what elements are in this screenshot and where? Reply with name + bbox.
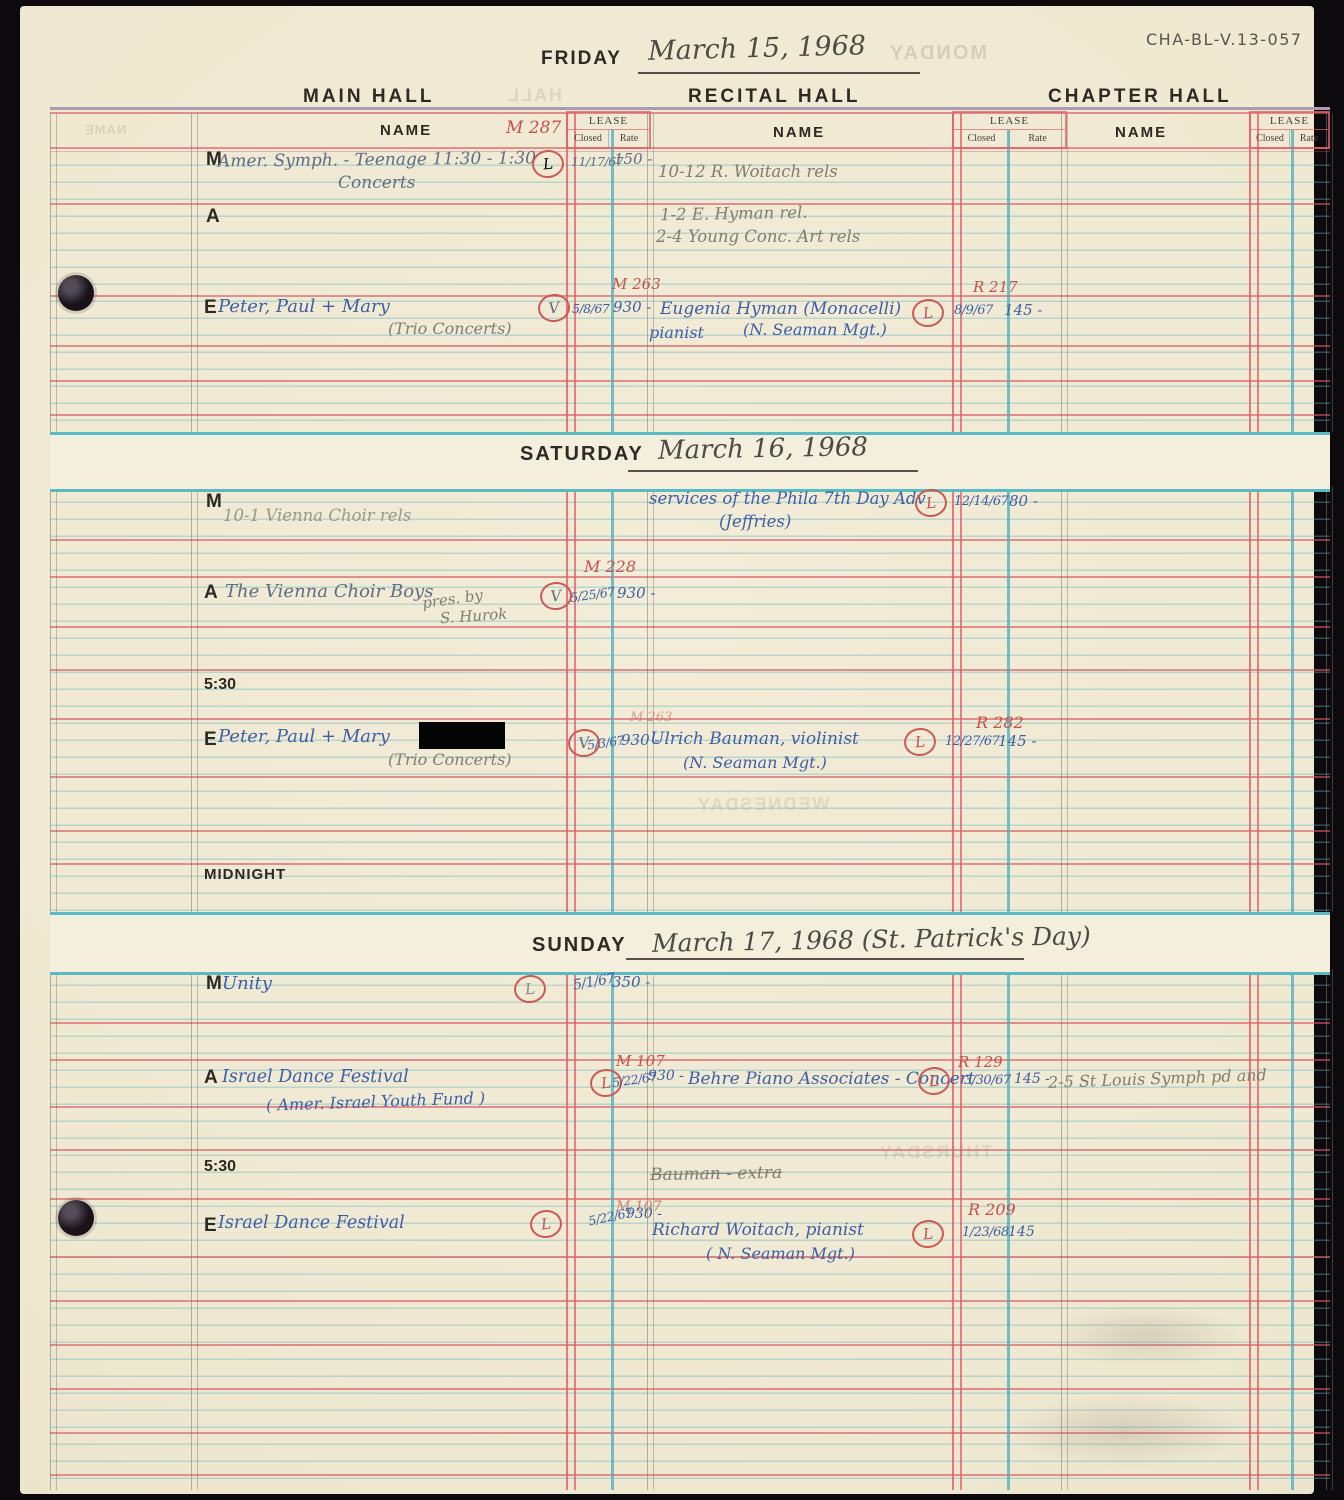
entry-fri-m-recital-note: 10-12 R. Woitach rels [658,162,838,181]
bleed-through-monday: MONDAY [888,42,987,66]
circle-letter: V [550,586,563,605]
row-label-a: A [204,1067,218,1089]
lease-box-chapter: LEASE Closed Rate [1249,111,1330,149]
bleed-through-name: NAME [84,122,126,137]
entry-sat-e-recital-code: R 282 [976,713,1024,732]
binder-hole [58,275,94,311]
circle-letter: L [928,1072,940,1091]
entry-sun-a-main-rate: 930 - [648,1068,684,1084]
entry-sat-e-main-code: M 263 [630,710,672,725]
name-header-chapter: NAME [1115,124,1167,141]
entry-sun-e-recital-sub: ( N. Seaman Mgt.) [706,1244,855,1263]
date-underline [626,958,1024,960]
ledger-code-main-header: M 287 [506,118,561,138]
circle-letter: L [524,980,536,999]
ruling-lines [50,486,1330,912]
entry-sun-m-main-title: Unity [222,973,272,994]
circle-letter: L [914,733,926,752]
circle-letter: L [542,155,554,174]
circle-letter: L [925,494,937,513]
row-label-530: 5:30 [204,1158,236,1176]
name-header-main: NAME [380,122,432,139]
entry-sat-a-main-rate: 930 - [617,584,655,602]
entry-sun-e-main-title: Israel Dance Festival [218,1213,405,1233]
day-date-friday: March 15, 1968 [648,30,867,67]
entry-fri-e-main-sub: (Trio Concerts) [388,319,512,338]
entry-fri-e-recital-sub2: (N. Seaman Mgt.) [743,320,887,339]
lease-label: LEASE [568,113,649,130]
day-label-sunday: SUNDAY [532,934,627,957]
hall-title-main: MAIN HALL [303,86,434,108]
row-label-e: E [204,729,217,751]
rate-label: Rate [609,130,649,147]
entry-fri-e-main-code: M 263 [612,275,661,293]
entry-sun-a-recital-rate: 145 - [1014,1071,1050,1087]
row-label-e: E [204,1215,217,1237]
entry-sun-e-recital-code: R 209 [968,1200,1016,1219]
entry-sat-m-main-note: 10-1 Vienna Choir rels [223,506,411,525]
entry-sat-e-main-sub: (Trio Concerts) [388,750,512,769]
binder-hole [58,1200,94,1236]
entry-sun-e-recital-title: Richard Woitach, pianist [652,1220,864,1240]
bleed-through-thursday: THURSDAY [878,1142,993,1164]
row-label-e: E [204,297,217,319]
entry-sat-e-recital-sub: (N. Seaman Mgt.) [683,753,827,772]
entry-sat-a-main-title: The Vienna Choir Boys [225,581,433,602]
entry-fri-m-main-title2: Concerts [338,173,415,193]
bleed-through-hall: HALL [506,85,562,106]
row-label-530: 5:30 [204,676,236,694]
entry-fri-e-recital-sub1: pianist [649,323,704,342]
entry-fri-m-main-rate: 150 - [614,150,652,168]
entry-sat-e-recital-title: Ulrich Bauman, violinist [650,729,859,749]
hall-title-chapter: CHAPTER HALL [1048,86,1232,108]
closed-label: Closed [1251,130,1290,147]
circle-letter: L [540,1215,552,1234]
archive-page-code: CHA-BL-V.13-057 [1146,30,1303,49]
entry-sun-m-main-rate: 350 - [612,973,650,991]
entry-sat-e-main-title: Peter, Paul + Mary [218,726,390,747]
entry-fri-e-recital-title: Eugenia Hyman (Monacelli) [660,299,901,319]
row-label-m: M [206,491,222,513]
circle-letter: L [922,304,934,323]
bleed-through-wednesday: WEDNESDAY [696,793,830,815]
date-underline [638,72,920,74]
scanned-ledger-page: MONDAY HALL NAME TUESDAY WEDNESDAY THURS… [0,0,1344,1500]
closed-label: Closed [954,130,1010,147]
lease-label: LEASE [954,113,1065,130]
entry-sat-m-recital-rate: 80 - [1009,492,1038,510]
row-label-m: M [206,973,222,995]
lease-label: LEASE [1251,113,1328,130]
row-label-midnight: MIDNIGHT [204,866,286,883]
lease-box-recital: LEASE Closed Rate [952,111,1067,149]
entry-fri-e-recital-code: R 217 [973,278,1018,296]
rate-label: Rate [1290,130,1328,147]
entry-fri-e-main-rate: 930 - [613,298,651,316]
entry-sat-e-recital-closed: 12/27/67 [945,734,999,749]
entry-fri-e-main-title: Peter, Paul + Mary [218,296,390,317]
entry-fri-e-recital-closed: 8/9/67 [954,303,993,318]
entry-fri-e-main-closed: 5/8/67 [572,301,609,316]
day-label-saturday: SATURDAY [520,443,644,466]
bleed-through-smudge [1010,1396,1240,1466]
row-label-a: A [206,206,220,228]
bleed-through-smudge [1050,1306,1240,1366]
row-label-a: A [204,582,218,604]
rate-label: Rate [1010,130,1065,147]
ruling-lines [50,149,1330,432]
circle-letter: L [600,1074,612,1093]
entry-sat-m-recital-closed: 12/14/67 [954,494,1008,509]
entry-fri-m-main-title: Amer. Symph. - Teenage 11:30 - 1:30 [218,148,536,171]
entry-sat-m-recital-sub: (Jeffries) [719,512,791,531]
ledger-paper: MONDAY HALL NAME TUESDAY WEDNESDAY THURS… [20,6,1314,1494]
lease-box-main: LEASE Closed Rate [566,111,651,149]
entry-sat-a-main-code: M 228 [584,557,636,576]
entry-sun-a-recital-code: R 129 [958,1053,1003,1071]
entry-fri-a-recital-note1: 1-2 E. Hyman rel. [660,203,808,225]
entry-sun-e-recital-closed: 1/23/68 [962,1225,1009,1240]
entry-sun-530-recital-cancelled: Bauman - extra [650,1163,782,1185]
entry-sat-m-recital-title: services of the Phila 7th Day Adv [649,489,926,508]
name-header-recital: NAME [773,124,825,141]
day-label-friday: FRIDAY [541,48,622,70]
entry-sun-a-main-title: Israel Dance Festival [222,1067,409,1087]
circle-letter: V [548,298,561,317]
entry-sat-e-recital-rate: 145 - [998,732,1036,750]
day-date-saturday: March 16, 1968 [658,432,868,466]
entry-sun-a-recital-closed: 3/30/67 [964,1073,1011,1088]
closed-label: Closed [568,130,609,147]
hall-title-recital: RECITAL HALL [688,86,861,108]
entry-fri-a-recital-note2: 2-4 Young Conc. Art rels [656,227,860,246]
circle-letter: L [922,1225,934,1244]
entry-fri-e-recital-rate: 145 - [1004,301,1042,319]
redaction-box [419,722,505,749]
date-underline [628,470,918,472]
entry-sun-e-recital-rate: 145 [1008,1224,1035,1240]
